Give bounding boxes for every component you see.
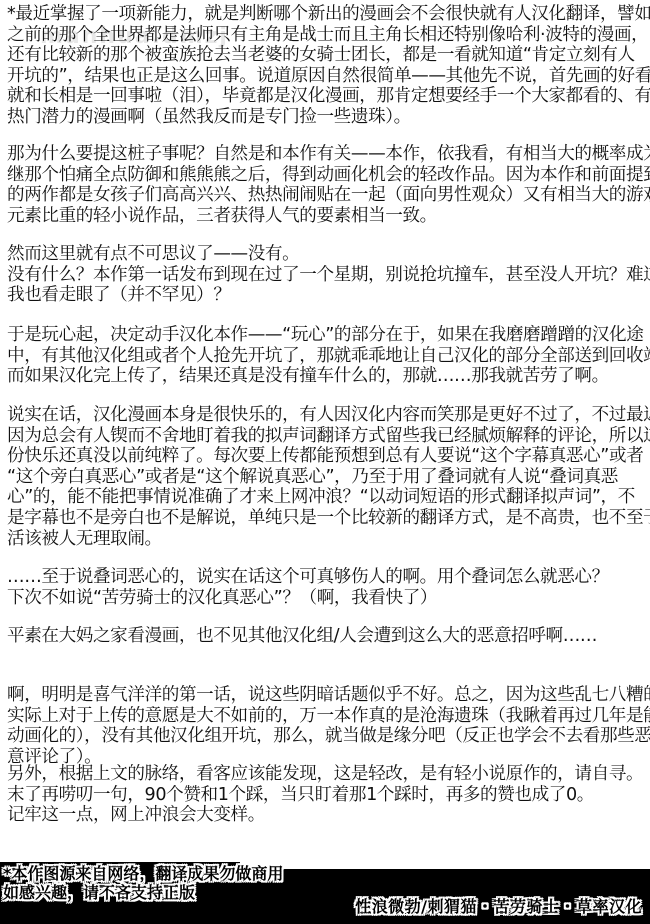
paragraph-none: 然而这里就有点不可思议了——没有。 没有什么？本作第一话发布到现在过了一个星期，…	[7, 244, 650, 306]
paragraph-playful: 于是玩心起，决定动手汉化本作——“玩心”的部分在于，如果在我磨磨蹭蹭的汉化途 中…	[7, 325, 650, 387]
text-line: 啊，明明是喜气洋洋的第一话，说这些阴暗话题似乎不好。总之，因为这些乱七八糟的	[7, 685, 650, 706]
paragraph-reduplication: ……至于说叠词恶心的，说实在话这个可真够伤人的啊。用个叠词怎么就恶心？ 下次不如…	[7, 567, 650, 608]
text-line: 动画化的），没有其他汉化组开坑，那么，就当做是缘分吧（反正也学会不去看那些恶	[7, 726, 650, 747]
text-line: 是字幕也不是旁白也不是解说，单纯只是一个比较新的翻译方式，是不高贵，也不至于	[7, 508, 650, 529]
text-line: 末了再唠叨一句，90个赞和1个踩，当只盯着那1个踩时，再多的赞也成了0。	[7, 785, 650, 806]
paragraph-intro: *最近掌握了一项新能力，就是判断哪个新出的漫画会不会很快就有人汉化翻译，譬如 之…	[7, 4, 650, 128]
text-line: 继那个怕痛全点防御和熊熊熊之后，得到动画化机会的轻改作品。因为本作和前面提到	[7, 165, 650, 186]
group-credit: 性浪微勃/刺猬猫・苦劳骑士・草率汉化	[355, 894, 642, 917]
text-line: 平素在大妈之家看漫画，也不见其他汉化组/人会遭到这么大的恶意招呼啊……	[7, 626, 650, 647]
text-line: 元素比重的轻小说作品，三者获得人气的要素相当一致。	[7, 206, 650, 227]
text-line: 另外，根据上文的脉络，看客应该能发现，这是轻改，是有轻小说原作的，请自寻。	[7, 764, 650, 785]
text-line: 然而这里就有点不可思议了——没有。	[7, 244, 650, 265]
text-line: 下次不如说“苦劳骑士的汉化真恶心”？（啊，我看快了）	[7, 588, 650, 609]
text-line: 说实在话，汉化漫画本身是很快乐的，有人因汉化内容而笑那是更好不过了，不过最近	[7, 405, 650, 426]
paragraph-dama: 平素在大妈之家看漫画，也不见其他汉化组/人会遭到这么大的恶意招呼啊……	[7, 626, 650, 647]
text-line: 那为什么要提这桩子事呢？自然是和本作有关——本作，依我看，有相当大的概率成为	[7, 144, 650, 165]
text-line: 中，有其他汉化组或者个人抢先开坑了，那就乖乖地让自己汉化的部分全部送到回收站	[7, 346, 650, 367]
disclaimer-line-2: 如感兴趣，请不吝支持正版	[3, 880, 195, 903]
text-line: “这个旁白真恶心”或者是“这个解说真恶心”，乃至于用了叠词就有人说“叠词真恶	[7, 467, 650, 488]
text-line: ……至于说叠词恶心的，说实在话这个可真够伤人的啊。用个叠词怎么就恶心？	[7, 567, 650, 588]
text-line: 实际上对于上传的意愿是大不如前的，万一本作真的是沧海遗珠（我瞅着再过几年是能	[7, 706, 650, 727]
paragraph-besides: 另外，根据上文的脉络，看客应该能发现，这是轻改，是有轻小说原作的，请自寻。 末了…	[7, 764, 650, 826]
paragraph-why: 那为什么要提这桩子事呢？自然是和本作有关——本作，依我看，有相当大的概率成为 继…	[7, 144, 650, 226]
text-line: 因为总会有人锲而不舍地盯着我的拟声词翻译方式留些我已经腻烦解释的评论，所以这	[7, 426, 650, 447]
paragraph-cheerful: 啊，明明是喜气洋洋的第一话，说这些阴暗话题似乎不好。总之，因为这些乱七八糟的 实…	[7, 685, 650, 767]
text-line: 的两作都是女孩子们高高兴兴、热热闹闹贴在一起（面向男性观众）又有相当大的游戏	[7, 185, 650, 206]
text-line: 就和长相是一回事啦（泪），毕竟都是汉化漫画，那肯定想要经手一个大家都看的、有	[7, 86, 650, 107]
text-line: 心”的，能不能把事情说准确了才来上网冲浪？“以动词短语的形式翻译拟声词”，不	[7, 487, 650, 508]
text-line: 我也看走眼了（并不罕见）？	[7, 285, 650, 306]
text-line: 活该被人无理取闹。	[7, 529, 650, 550]
text-line: 于是玩心起，决定动手汉化本作——“玩心”的部分在于，如果在我磨磨蹭蹭的汉化途	[7, 325, 650, 346]
text-line: 热门潜力的漫画啊（虽然我反而是专门捡一些遗珠）。	[7, 107, 650, 128]
text-line: 记牢这一点，网上冲浪会大变样。	[7, 805, 650, 826]
paragraph-honest: 说实在话，汉化漫画本身是很快乐的，有人因汉化内容而笑那是更好不过了，不过最近 因…	[7, 405, 650, 549]
text-line: *最近掌握了一项新能力，就是判断哪个新出的漫画会不会很快就有人汉化翻译，譬如	[7, 4, 650, 25]
text-line: 之前的那个全世界都是法师只有主角是战士而且主角长相还特别像哈利·波特的漫画，	[7, 25, 650, 46]
text-line: 没有什么？本作第一话发布到现在过了一个星期，别说抢坑撞车，甚至没人开坑？难道	[7, 265, 650, 286]
text-line: 而如果汉化完上传了，结果还真是没有撞车什么的，那就……那我就苦劳了啊。	[7, 366, 650, 387]
text-line: 还有比较新的那个被蛮族抢去当老婆的女骑士团长，都是一看就知道“肯定立刻有人	[7, 45, 650, 66]
text-line: 开坑的”，结果也正是这么回事。说道原因自然很简单——其他先不说，首先画的好看	[7, 66, 650, 87]
text-line: 份快乐还真没以前纯粹了。每次要上传都能预想到总有人要说“这个字幕真恶心”或者	[7, 446, 650, 467]
translator-notes-page: manhua.dmzj *最近掌握了一项新能力，就是判断哪个新出的漫画会不会很快…	[0, 0, 650, 924]
